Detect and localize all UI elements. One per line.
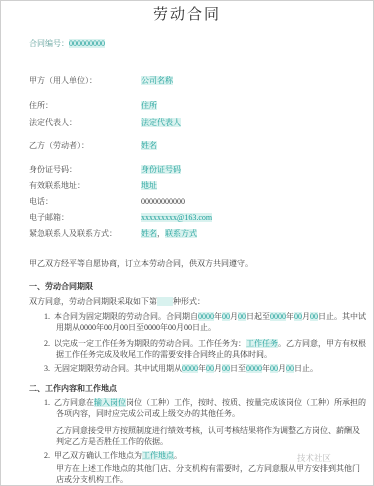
list-item-text: 甲乙双方确认工作地点为工作地点。 — [54, 451, 182, 460]
list-item-text: 乙方同意在输入岗位岗位（工种）工作，按时、按质、按量完成该岗位（工种）所承担的各… — [54, 398, 366, 418]
labor-contract-document: 劳动合同 合同编号：000000000 甲方（用人单位）： 公司名称 住所： 住… — [0, 0, 374, 486]
text-segment: 种形式： — [173, 297, 205, 306]
list-number: 2. — [44, 451, 50, 460]
info-row-email: 电子邮箱： xxxxxxxxx@163.com — [29, 212, 212, 223]
fillable-field[interactable]: 公司名称 — [141, 76, 173, 85]
text-segment: 月 — [278, 364, 286, 373]
contract-number-value[interactable]: 000000000 — [69, 39, 105, 48]
fillable-field[interactable]: 00 — [238, 312, 246, 321]
fillable-field[interactable]: 00 — [270, 364, 278, 373]
info-label: 电话： — [29, 196, 141, 207]
info-value: 法定代表人 — [141, 117, 181, 128]
text-segment: 无固定期限劳动合同。其中试用期从 — [54, 364, 182, 373]
fillable-field[interactable]: 输入岗位 — [94, 398, 126, 407]
list-item-text: 无固定期限劳动合同。其中试用期从0000年00月00日至0000年00月00日止… — [54, 364, 318, 373]
info-label: 身份证号码： — [29, 164, 141, 175]
info-row-phone: 电话： 00000000000 — [29, 196, 185, 207]
text-segment: 。 — [174, 451, 182, 460]
info-label: 乙方（劳动者）： — [29, 140, 141, 151]
info-value: 地址 — [141, 180, 157, 191]
list-item-text: 以完成一定工作任务为期限的劳动合同。工作任务为：工作任务。乙方同意，甲方有权根据… — [54, 339, 366, 359]
text-segment: 双方同意，劳动合同期限采取如下第 — [29, 297, 157, 306]
text-segment: 00000000000 — [141, 197, 185, 206]
info-row-address: 住所： 住所 — [29, 100, 157, 111]
section2-heading: 二、工作内容和工作地点 — [29, 383, 117, 394]
fillable-field[interactable]: xxxxxxxxx@163.com — [141, 213, 212, 222]
info-value: xxxxxxxxx@163.com — [141, 212, 212, 223]
info-row-party-a: 甲方（用人单位）： 公司名称 — [29, 75, 173, 86]
fillable-field[interactable] — [157, 297, 173, 306]
fillable-field[interactable]: 姓名 — [141, 141, 157, 150]
info-value: 公司名称 — [141, 75, 173, 86]
info-label: 甲方（用人单位）： — [29, 75, 141, 86]
info-row-party-b: 乙方（劳动者）： 姓名 — [29, 140, 157, 151]
text-segment: 月 — [302, 312, 310, 321]
text-segment: 以完成一定工作任务为期限的劳动合同。工作任务为： — [54, 339, 246, 348]
section1-lead: 双方同意，劳动合同期限采取如下第 种形式： — [29, 296, 349, 307]
fillable-field[interactable]: 0000 — [270, 312, 286, 321]
section1-item-2: 2.以完成一定工作任务为期限的劳动合同。工作任务为：工作任务。乙方同意，甲方有权… — [44, 338, 372, 360]
text-segment: 日至 — [230, 364, 246, 373]
contract-number-line: 合同编号：000000000 — [29, 38, 105, 49]
fillable-field[interactable]: 0000 — [198, 312, 214, 321]
text-segment: 年 — [286, 312, 294, 321]
fillable-field[interactable]: 0000 — [246, 364, 262, 373]
info-row-legal-rep: 法定代表人： 法定代表人 — [29, 117, 181, 128]
info-row-id-number: 身份证号码： 身份证号码 — [29, 164, 181, 175]
list-item-text: 本合同为固定期限的劳动合同。合同期自0000年00月00日起至0000年00月0… — [54, 312, 366, 332]
fillable-field[interactable]: 法定代表人 — [141, 118, 181, 127]
section2-item-2: 2.甲乙双方确认工作地点为工作地点。 — [44, 450, 372, 461]
text-segment: 甲乙双方确认工作地点为 — [54, 451, 142, 460]
info-value: 姓名 — [141, 140, 157, 151]
fillable-field[interactable]: 联系方式 — [165, 229, 197, 238]
info-label: 电子邮箱： — [29, 212, 141, 223]
text-segment: 日起至 — [246, 312, 270, 321]
info-row-contact-address: 有效联系地址： 地址 — [29, 180, 157, 191]
list-number: 1. — [44, 398, 50, 407]
list-number: 1. — [44, 312, 50, 321]
section1-item-3: 3.无固定期限劳动合同。其中试用期从0000年00月00日至0000年00月00… — [44, 363, 372, 374]
fillable-field[interactable]: 00 — [310, 312, 318, 321]
list-number: 3. — [44, 364, 50, 373]
section1-item-1: 1.本合同为固定期限的劳动合同。合同期自0000年00月00日起至0000年00… — [44, 311, 372, 333]
fillable-field[interactable]: 地址 — [141, 181, 157, 190]
text-segment: 本合同为固定期限的劳动合同。合同期自 — [54, 312, 198, 321]
fillable-field[interactable]: 00 — [222, 312, 230, 321]
document-title: 劳动合同 — [1, 6, 373, 25]
section1-heading: 一、劳动合同期限 — [29, 281, 93, 292]
text-segment: 乙方同意在 — [54, 398, 94, 407]
fillable-field[interactable]: 00 — [222, 364, 230, 373]
text-segment: 年 — [214, 312, 222, 321]
text-segment: ， — [157, 229, 165, 238]
fillable-field[interactable]: 姓名 — [141, 229, 157, 238]
text-segment: 日止。 — [294, 364, 318, 373]
fillable-field[interactable]: 工作地点 — [142, 451, 174, 460]
fillable-field[interactable]: 住所 — [141, 101, 157, 110]
text-segment: 月 — [230, 312, 238, 321]
list-number: 2. — [44, 339, 50, 348]
fillable-field[interactable]: 00 — [206, 364, 214, 373]
fillable-field[interactable]: 身份证号码 — [141, 165, 181, 174]
info-value: 姓名，联系方式 — [141, 228, 197, 239]
info-value: 住所 — [141, 100, 157, 111]
intro-paragraph: 甲乙双方经平等自愿协商，订立本劳动合同，供双方共同遵守。 — [29, 258, 349, 269]
info-value: 身份证号码 — [141, 164, 181, 175]
contract-number-label: 合同编号： — [29, 39, 69, 48]
text-segment: 年 — [198, 364, 206, 373]
fillable-field[interactable]: 00 — [294, 312, 302, 321]
section2-item-1-subparagraph: 乙方同意接受甲方按照制度进行绩效考核，认可考核结果将作为调整乙方岗位、薪酬及判定… — [56, 425, 360, 447]
info-label: 紧急联系人及联系方式： — [29, 228, 141, 239]
text-segment: 年 — [262, 364, 270, 373]
fillable-field[interactable]: 00 — [286, 364, 294, 373]
fillable-field[interactable]: 工作任务 — [246, 339, 278, 348]
fillable-field[interactable]: 0000 — [182, 364, 198, 373]
text-segment: 月 — [214, 364, 222, 373]
info-label: 有效联系地址： — [29, 180, 141, 191]
info-row-emergency-contact: 紧急联系人及联系方式： 姓名，联系方式 — [29, 228, 197, 239]
info-label: 住所： — [29, 100, 141, 111]
section2-item-2-subparagraph: 甲方在上述工作地点的其他门店、分支机构有需要时，乙方同意服从甲方安排到其他门店或… — [56, 463, 360, 485]
info-label: 法定代表人： — [29, 117, 141, 128]
info-value: 00000000000 — [141, 196, 185, 207]
section2-item-1: 1.乙方同意在输入岗位岗位（工种）工作，按时、按质、按量完成该岗位（工种）所承担… — [44, 397, 372, 419]
